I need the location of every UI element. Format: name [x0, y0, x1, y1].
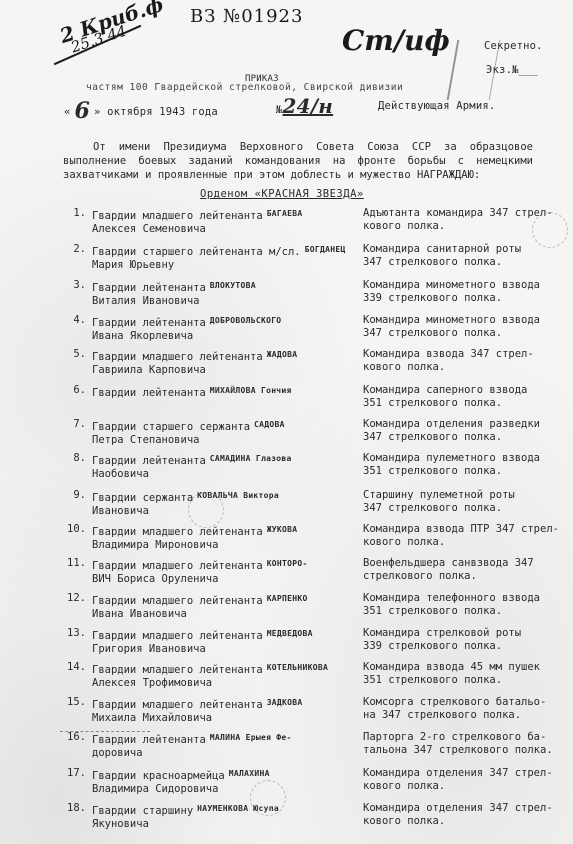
awardee-surname: ВЛОКУТОВА — [210, 281, 256, 290]
awardee-given-name: Владимира Сидоровича — [92, 783, 347, 796]
awardee-name-block: Гвардии младшего лейтенантаКОТЕЛЬНИКОВАА… — [92, 661, 347, 690]
awardee-given-name: Петра Степановича — [92, 434, 347, 447]
position-line-2: 339 стрелкового полка. — [363, 292, 563, 305]
awardee-rank: Гвардии лейтенанта — [92, 387, 206, 399]
awardee-given-name: Виталия Ивановича — [92, 295, 347, 308]
stamp-mark — [188, 492, 224, 528]
awardee-rank: Гвардии лейтенанта — [92, 734, 206, 746]
awardee-name-block: Гвардии лейтенантаМИХАЙЛОВА Гончия — [92, 384, 347, 400]
preamble-text: От имени Президиума Верховного Совета Со… — [63, 140, 533, 182]
awardee-position: Командира стрелковой роты339 стрелкового… — [363, 627, 563, 653]
position-line-1: Командира отделения разведки — [363, 418, 563, 431]
awardee-surname: САДОВА — [254, 420, 285, 429]
awardee-rank: Гвардии старшего лейтенанта м/сл. — [92, 246, 301, 258]
position-line-2: стрелкового полка. — [363, 570, 563, 583]
position-line-2: тальона 347 стрелкового полка. — [363, 744, 563, 757]
scanned-document-page: 2 Криб.ф 25.3.44 ВЗ №01923 Ст/иф Секретн… — [0, 0, 573, 844]
awardee-number: 11. — [66, 557, 86, 570]
awardee-position: Командира взвода 45 мм пушек351 стрелков… — [363, 661, 563, 687]
awardee-name-block: Гвардии младшего лейтенантаМЕДВЕДОВАГриг… — [92, 627, 347, 656]
awardee-given-name: Мария Юрьевну — [92, 259, 347, 272]
awardee-position: Командира отделения 347 стрел-кового пол… — [363, 767, 563, 793]
awardee-surname: БАГАЕВА — [267, 209, 303, 218]
awardee-given-name: Алексея Трофимовича — [92, 677, 347, 690]
awardee-given-name: Ивана Ивановича — [92, 608, 347, 621]
awardee-surname: ЖУКОВА — [267, 525, 298, 534]
awardee-position: Командира телефонного взвода351 стрелков… — [363, 592, 563, 618]
awardee-surname: КАРПЕНКО — [267, 594, 308, 603]
awardee-name-block: Гвардии лейтенантаСАМАДИНА ГлазоваНаобов… — [92, 452, 347, 481]
order-number: №24/н — [276, 94, 333, 118]
awardee-position: Командира отделения 347 стрел-кового пол… — [363, 802, 563, 828]
awardee-surname: МАЛАХИНА — [229, 769, 270, 778]
awardee-position: Командира отделения разведки347 стрелков… — [363, 418, 563, 444]
awardee-name-block: Гвардии старшего лейтенанта м/сл.БОГДАНЕ… — [92, 243, 347, 272]
awardee-number: 1. — [66, 207, 86, 220]
awardee-rank: Гвардии младшего лейтенанта — [92, 630, 263, 642]
awardee-given-name: Наобовича — [92, 468, 347, 481]
unit-line: частям 100 Гвардейской стрелковой, Свирс… — [86, 82, 403, 93]
awardee-position: Командира санитарной роты347 стрелкового… — [363, 243, 563, 269]
awardee-name-block: Гвардии младшего лейтенантаЖАДОВАГавриил… — [92, 348, 347, 377]
position-line-1: Командира взвода 45 мм пушек — [363, 661, 563, 674]
awardee-rank: Гвардии младшего лейтенанта — [92, 664, 263, 676]
stamp-mark — [250, 780, 286, 816]
position-line-1: Командира санитарной роты — [363, 243, 563, 256]
awardee-position: Старшину пулеметной роты347 стрелкового … — [363, 489, 563, 515]
position-line-1: Командира телефонного взвода — [363, 592, 563, 605]
position-line-1: Комсорга стрелкового батальо- — [363, 696, 563, 709]
position-line-2: кового полка. — [363, 780, 563, 793]
awardee-position: Командира саперного взвода351 стрелковог… — [363, 384, 563, 410]
stamp-mark — [532, 212, 568, 248]
awardee-name-block: Гвардии старшинуНАУМЕНКОВА ЮсупаЯкунович… — [92, 802, 347, 831]
awardee-number: 4. — [66, 314, 86, 327]
awardee-number: 18. — [66, 802, 86, 815]
awardee-given-name: доровича — [92, 747, 347, 760]
date-prefix: « — [64, 106, 71, 118]
position-line-2: 347 стрелкового полка. — [363, 502, 563, 515]
awardee-number: 15. — [66, 696, 86, 709]
awardee-given-name: Гавриила Карповича — [92, 364, 347, 377]
classification-label: Секретно. — [484, 40, 543, 52]
awardee-rank: Гвардии сержанта — [92, 492, 193, 504]
divider — [60, 731, 150, 733]
awardee-number: 6. — [66, 384, 86, 397]
position-line-2: 347 стрелкового полка. — [363, 431, 563, 444]
awardee-surname: БОГДАНЕЦ — [305, 245, 346, 254]
awardee-number: 5. — [66, 348, 86, 361]
awardee-rank: Гвардии красноармейца — [92, 770, 225, 782]
awardee-surname: МИХАЙЛОВА Гончия — [210, 386, 292, 395]
awardee-given-name: Григория Ивановича — [92, 643, 347, 656]
awardee-rank: Гвардии младшего лейтенанта — [92, 351, 263, 363]
awardee-given-name: Ивана Якорлевича — [92, 330, 347, 343]
awardee-name-block: Гвардии младшего лейтенантаКАРПЕНКОИвана… — [92, 592, 347, 621]
position-line-2: 351 стрелкового полка. — [363, 605, 563, 618]
position-line-1: Командира минометного взвода — [363, 314, 563, 327]
awardee-name-block: Гвардии красноармейцаМАЛАХИНАВладимира С… — [92, 767, 347, 796]
position-line-2: 351 стрелкового полка. — [363, 674, 563, 687]
awardee-given-name: ВИЧ Бориса Оруленича — [92, 573, 347, 586]
handwritten-secret-mark: Ст/иф — [342, 24, 450, 57]
awardee-number: 13. — [66, 627, 86, 640]
awardee-surname: КОТЕЛЬНИКОВА — [267, 663, 328, 672]
position-line-1: Адъютанта командира 347 стрел- — [363, 207, 563, 220]
awardee-rank: Гвардии старшину — [92, 805, 193, 817]
awardee-given-name: Якуновича — [92, 818, 347, 831]
awardee-name-block: Гвардии младшего лейтенантаБАГАЕВААлексе… — [92, 207, 347, 236]
awardee-name-block: Гвардии лейтенантаДОБРОВОЛЬСКОГОИвана Як… — [92, 314, 347, 343]
awardee-rank: Гвардии старшего сержанта — [92, 421, 250, 433]
position-line-2: 347 стрелкового полка. — [363, 327, 563, 340]
awardee-rank: Гвардии младшего лейтенанта — [92, 560, 263, 572]
awardee-name-block: Гвардии младшего лейтенантаЖУКОВАВладими… — [92, 523, 347, 552]
date-suffix: » октября 1943 года — [94, 106, 218, 118]
awardee-name-block: Гвардии лейтенантаВЛОКУТОВАВиталия Ивано… — [92, 279, 347, 308]
position-line-1: Командира стрелковой роты — [363, 627, 563, 640]
awardee-name-block: Гвардии лейтенантаМАЛИНА Ерыея Фе-дорови… — [92, 731, 347, 760]
awardee-name-block: Гвардии младшего лейтенантаКОНТОРО-ВИЧ Б… — [92, 557, 347, 586]
awardee-position: Командира пулеметного взвода351 стрелков… — [363, 452, 563, 478]
awardee-number: 12. — [66, 592, 86, 605]
awardee-surname: МАЛИНА Ерыея Фе- — [210, 733, 292, 742]
position-line-1: Командира отделения 347 стрел- — [363, 767, 563, 780]
awardee-position: Командира минометного взвода339 стрелков… — [363, 279, 563, 305]
position-line-1: Командира саперного взвода — [363, 384, 563, 397]
awardee-number: 7. — [66, 418, 86, 431]
awardee-number: 17. — [66, 767, 86, 780]
position-line-2: 347 стрелкового полка. — [363, 256, 563, 269]
awardee-position: Парторга 2-го стрелкового ба-тальона 347… — [363, 731, 563, 757]
position-line-1: Командира пулеметного взвода — [363, 452, 563, 465]
awardee-rank: Гвардии лейтенанта — [92, 317, 206, 329]
awardee-rank: Гвардии лейтенанта — [92, 455, 206, 467]
awardee-position: Командира взвода 347 стрел-кового полка. — [363, 348, 563, 374]
date-day: 6 — [75, 98, 91, 124]
awardee-surname: САМАДИНА Глазова — [210, 454, 292, 463]
awardee-surname: ДОБРОВОЛЬСКОГО — [210, 316, 282, 325]
position-line-1: Командира минометного взвода — [363, 279, 563, 292]
awardee-rank: Гвардии младшего лейтенанта — [92, 210, 263, 222]
awardee-rank: Гвардии младшего лейтенанта — [92, 699, 263, 711]
position-line-1: Парторга 2-го стрелкового ба- — [363, 731, 563, 744]
position-line-2: 339 стрелкового полка. — [363, 640, 563, 653]
awardee-rank: Гвардии младшего лейтенанта — [92, 595, 263, 607]
order-number-value: 24/н — [283, 94, 334, 118]
position-line-2: 351 стрелкового полка. — [363, 465, 563, 478]
awardee-given-name: Михаила Михайловича — [92, 712, 347, 725]
position-line-1: Командира отделения 347 стрел- — [363, 802, 563, 815]
position-line-2: на 347 стрелкового полка. — [363, 709, 563, 722]
army-line: Действующая Армия. — [378, 100, 495, 112]
awardee-position: Военфельдшера санвзвода 347стрелкового п… — [363, 557, 563, 583]
position-line-1: Военфельдшера санвзвода 347 — [363, 557, 563, 570]
awardee-given-name: Владимира Мироновича — [92, 539, 347, 552]
position-line-1: Старшину пулеметной роты — [363, 489, 563, 502]
awardee-number: 10. — [66, 523, 86, 536]
position-line-2: кового полка. — [363, 536, 563, 549]
awardee-rank: Гвардии младшего лейтенанта — [92, 526, 263, 538]
awardee-rank: Гвардии лейтенанта — [92, 282, 206, 294]
awardee-surname: ЖАДОВА — [267, 350, 298, 359]
copy-number: Экз.№___ — [486, 64, 538, 76]
awardee-number: 3. — [66, 279, 86, 292]
awardee-given-name: Алексея Семеновича — [92, 223, 347, 236]
position-line-2: 351 стрелкового полка. — [363, 397, 563, 410]
awardee-position: Командира минометного взвода347 стрелков… — [363, 314, 563, 340]
awardee-position: Комсорга стрелкового батальо-на 347 стре… — [363, 696, 563, 722]
awardee-number: 14. — [66, 661, 86, 674]
awardee-name-block: Гвардии младшего лейтенантаЗАДКОВАМихаил… — [92, 696, 347, 725]
position-line-2: кового полка. — [363, 815, 563, 828]
handwritten-document-number: ВЗ №01923 — [190, 6, 303, 27]
award-section-title: Орденом «КРАСНАЯ ЗВЕЗДА» — [200, 188, 364, 200]
awardee-name-block: Гвардии старшего сержантаСАДОВАПетра Сте… — [92, 418, 347, 447]
position-line-1: Командира взвода ПТР 347 стрел- — [363, 523, 563, 536]
position-line-2: кового полка. — [363, 361, 563, 374]
awardee-number: 2. — [66, 243, 86, 256]
awardee-number: 9. — [66, 489, 86, 502]
awardee-surname: КОНТОРО- — [267, 559, 308, 568]
awardee-surname: МЕДВЕДОВА — [267, 629, 313, 638]
order-date: «6» октября 1943 года — [64, 98, 218, 124]
awardee-surname: ЗАДКОВА — [267, 698, 303, 707]
awardee-position: Командира взвода ПТР 347 стрел-кового по… — [363, 523, 563, 549]
position-line-1: Командира взвода 347 стрел- — [363, 348, 563, 361]
awardee-number: 8. — [66, 452, 86, 465]
